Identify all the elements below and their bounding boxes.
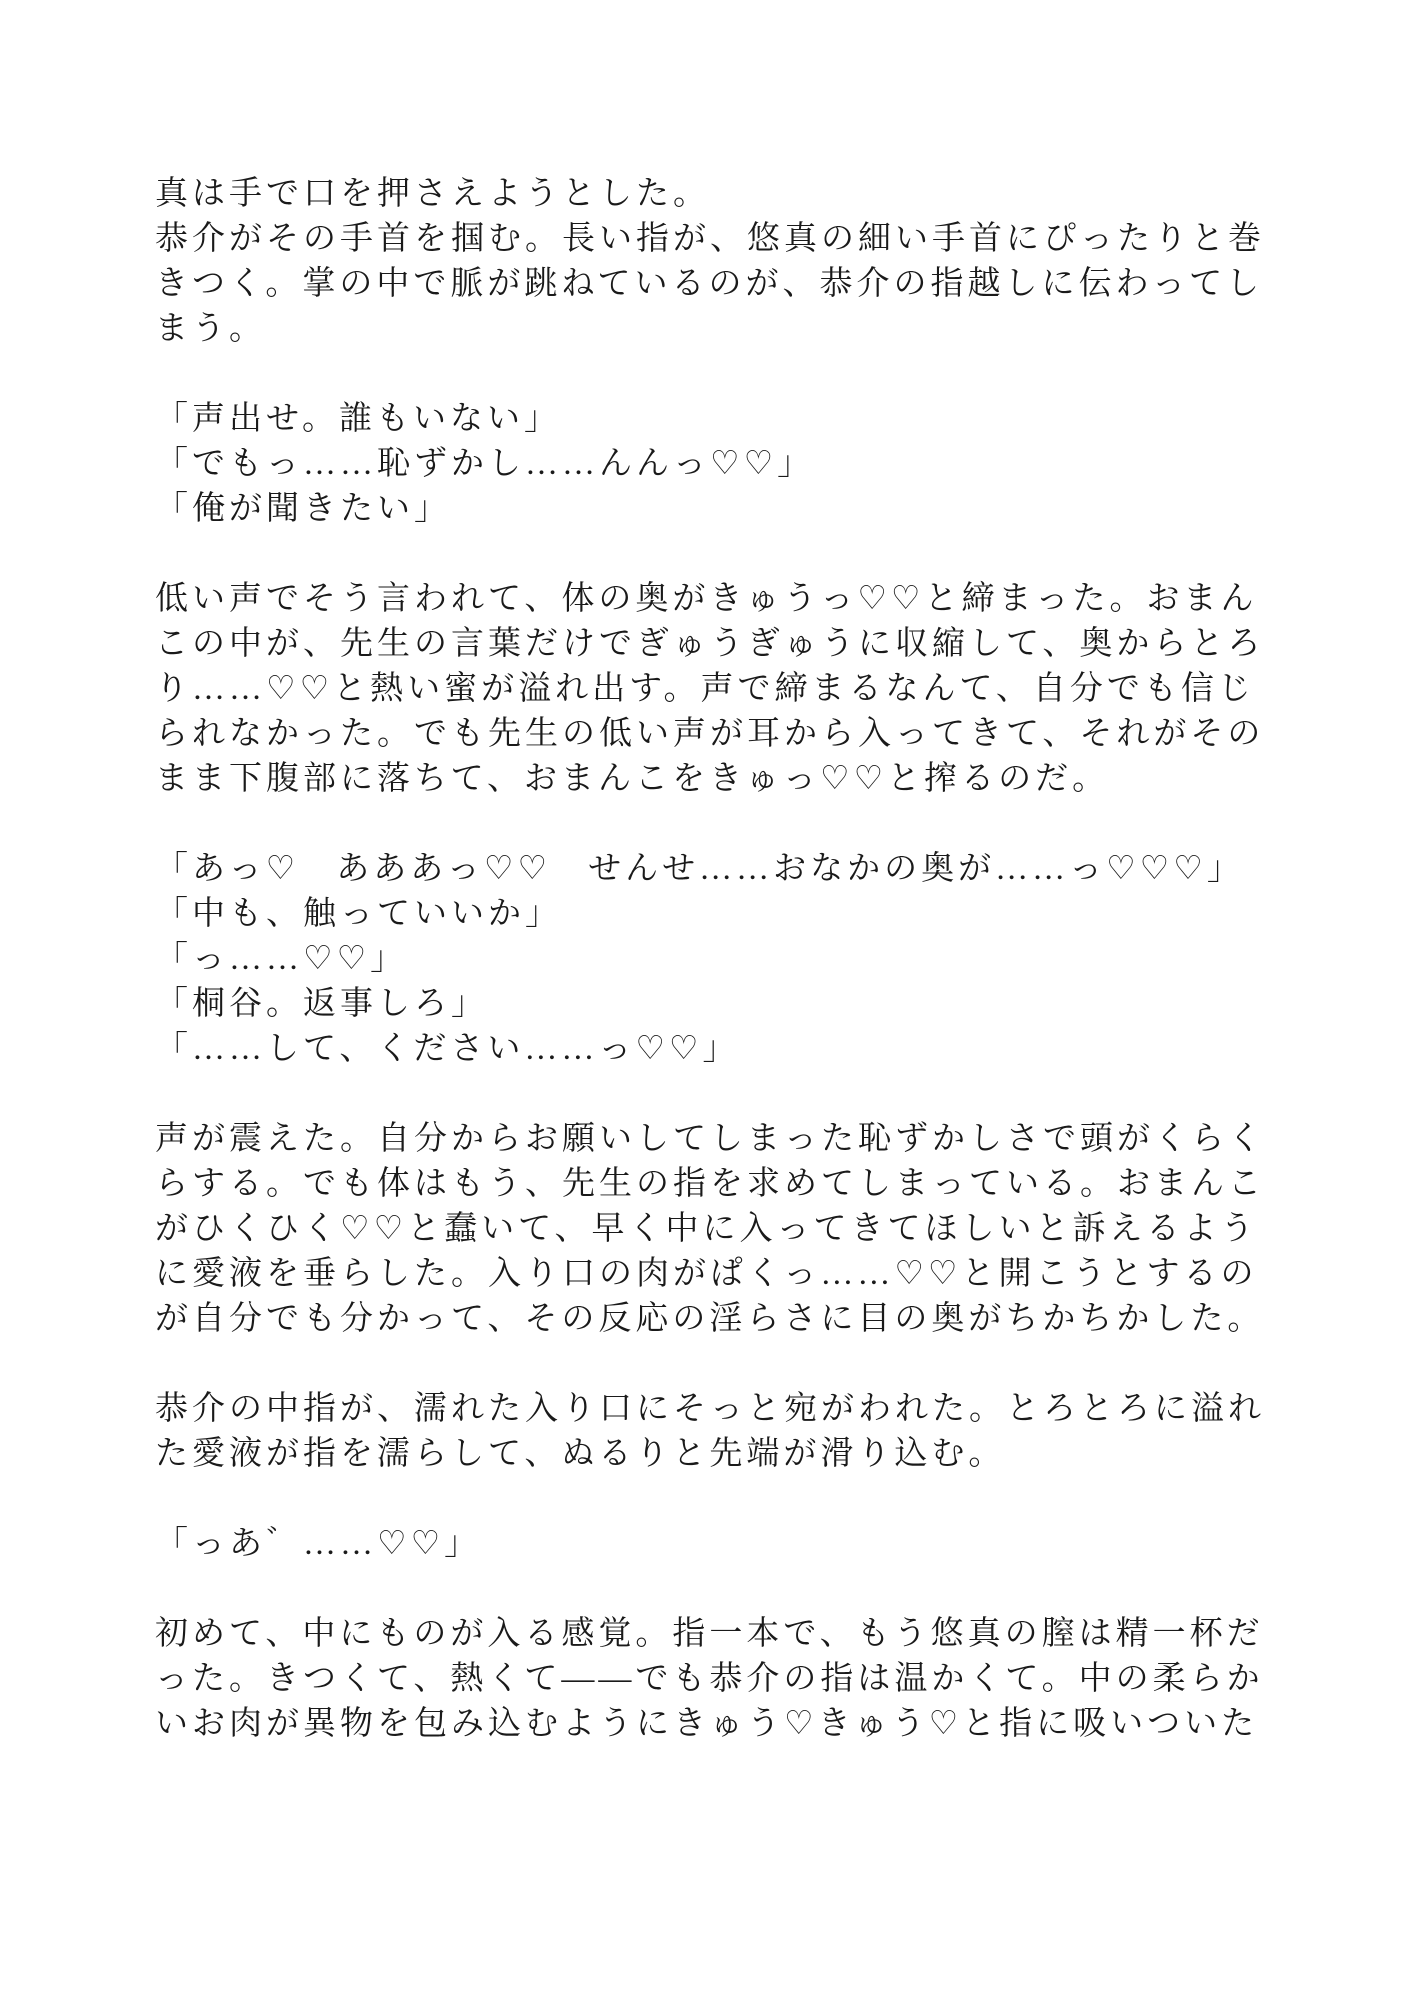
text-line: 恭介がその手首を掴む。長い指が、悠真の細い手首にぴったりと巻: [155, 217, 1305, 262]
text-line: 「っ……♡♡」: [155, 937, 1305, 982]
text-line: られなかった。でも先生の低い声が耳から入ってきて、それがその: [155, 712, 1305, 757]
text-line: った。きつくて、熱くて——でも恭介の指は温かくて。中の柔らか: [155, 1657, 1305, 1702]
text-line: た愛液が指を濡らして、ぬるりと先端が滑り込む。: [155, 1432, 1305, 1477]
dialogue-block: 「っあ゛……♡♡」: [155, 1522, 1305, 1567]
text-line: きつく。掌の中で脈が跳ねているのが、恭介の指越しに伝わってし: [155, 262, 1305, 307]
text-line: 恭介の中指が、濡れた入り口にそっと宛がわれた。とろとろに溢れ: [155, 1387, 1305, 1432]
text-line: まう。: [155, 307, 1305, 352]
text-line: 「声出せ。誰もいない」: [155, 397, 1305, 442]
text-line: 初めて、中にものが入る感覚。指一本で、もう悠真の膣は精一杯だ: [155, 1612, 1305, 1657]
text-line: に愛液を垂らした。入り口の肉がぱくっ……♡♡と開こうとするの: [155, 1252, 1305, 1297]
text-line: 真は手で口を押さえようとした。: [155, 172, 1305, 217]
text-line: この中が、先生の言葉だけでぎゅうぎゅうに収縮して、奥からとろ: [155, 622, 1305, 667]
text-line: り……♡♡と熱い蜜が溢れ出す。声で締まるなんて、自分でも信じ: [155, 667, 1305, 712]
text-line: まま下腹部に落ちて、おまんこをきゅっ♡♡と搾るのだ。: [155, 757, 1305, 802]
dialogue-block: 「声出せ。誰もいない」「でもっ……恥ずかし……んんっ♡♡」「俺が聞きたい」: [155, 397, 1305, 532]
text-line: が自分でも分かって、その反応の淫らさに目の奥がちかちかした。: [155, 1297, 1305, 1342]
novel-page: 真は手で口を押さえようとした。恭介がその手首を掴む。長い指が、悠真の細い手首にぴ…: [0, 0, 1415, 2000]
narration-block: 恭介の中指が、濡れた入り口にそっと宛がわれた。とろとろに溢れた愛液が指を濡らして…: [155, 1387, 1305, 1477]
text-line: 「中も、触っていいか」: [155, 892, 1305, 937]
text-line: 「俺が聞きたい」: [155, 487, 1305, 532]
text-line: 「あっ♡ あああっ♡♡ せんせ……おなかの奥が……っ♡♡♡」: [155, 847, 1305, 892]
text-line: がひくひく♡♡と蠢いて、早く中に入ってきてほしいと訴えるよう: [155, 1207, 1305, 1252]
text-line: 声が震えた。自分からお願いしてしまった恥ずかしさで頭がくらく: [155, 1117, 1305, 1162]
dialogue-block: 「あっ♡ あああっ♡♡ せんせ……おなかの奥が……っ♡♡♡」「中も、触っていいか…: [155, 847, 1305, 1072]
narration-block: 声が震えた。自分からお願いしてしまった恥ずかしさで頭がくらくらする。でも体はもう…: [155, 1117, 1305, 1342]
text-line: らする。でも体はもう、先生の指を求めてしまっている。おまんこ: [155, 1162, 1305, 1207]
text-line: いお肉が異物を包み込むようにきゅう♡きゅう♡と指に吸いついた: [155, 1702, 1305, 1747]
text-line: 「桐谷。返事しろ」: [155, 982, 1305, 1027]
narration-block: 初めて、中にものが入る感覚。指一本で、もう悠真の膣は精一杯だった。きつくて、熱く…: [155, 1612, 1305, 1747]
text-column: 真は手で口を押さえようとした。恭介がその手首を掴む。長い指が、悠真の細い手首にぴ…: [155, 172, 1305, 1792]
text-line: 「でもっ……恥ずかし……んんっ♡♡」: [155, 442, 1305, 487]
text-line: 低い声でそう言われて、体の奥がきゅうっ♡♡と締まった。おまん: [155, 577, 1305, 622]
narration-block: 真は手で口を押さえようとした。恭介がその手首を掴む。長い指が、悠真の細い手首にぴ…: [155, 172, 1305, 352]
text-line: 「っあ゛……♡♡」: [155, 1522, 1305, 1567]
narration-block: 低い声でそう言われて、体の奥がきゅうっ♡♡と締まった。おまんこの中が、先生の言葉…: [155, 577, 1305, 802]
text-line: 「……して、ください……っ♡♡」: [155, 1027, 1305, 1072]
